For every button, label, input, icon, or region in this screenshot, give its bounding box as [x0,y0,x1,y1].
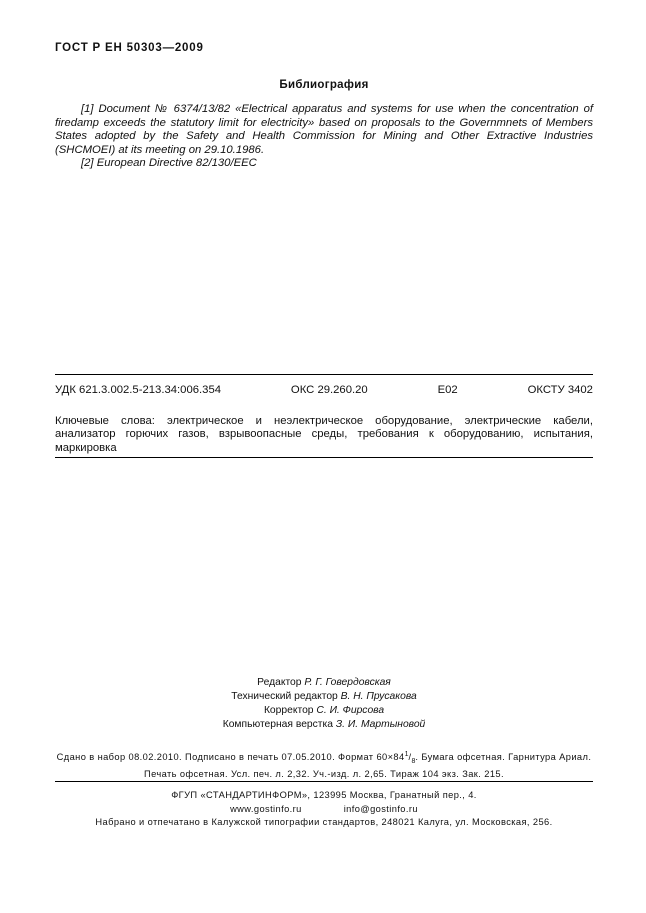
imprint-line-2: Печать офсетная. Усл. печ. л. 2,32. Уч.-… [35,768,613,782]
bibliography-section: [1] Document № 6374/13/82 «Electrical ap… [55,103,593,171]
imprint-line1-tail: . Бумага офсетная. Гарнитура Ариал. [415,752,591,762]
page-title: Библиография [55,79,593,91]
credit-line-technical-editor: Технический редактор В. Н. Прусакова [55,690,593,704]
credit-name: С. И. Фирсова [316,705,384,716]
credit-role: Корректор [264,705,314,716]
imprint-line1-text: Сдано в набор 08.02.2010. Подписано в пе… [57,752,405,762]
publisher-email: info@gostinfo.ru [344,804,418,814]
publisher-website: www.gostinfo.ru [230,804,302,814]
bibliography-entry-2: [2] European Directive 82/130/EEC [55,157,593,171]
publisher-address: ФГУП «СТАНДАРТИНФОРМ», 123995 Москва, Гр… [35,789,613,803]
credit-role: Компьютерная верстка [223,719,333,730]
publisher-contacts: www.gostinfo.ruinfo@gostinfo.ru [35,803,613,817]
horizontal-rule-top [55,374,593,375]
publisher-block: ФГУП «СТАНДАРТИНФОРМ», 123995 Москва, Гр… [35,789,613,830]
horizontal-rule-bottom [55,781,593,782]
oks-code: ОКС 29.260.20 [291,384,368,396]
okstu-code: ОКСТУ 3402 [528,384,593,396]
group-code: Е02 [438,384,458,396]
credit-name: В. Н. Прусакова [341,691,417,702]
udk-code: УДК 621.3.002.5-213.34:006.354 [55,384,221,396]
credit-line-layout: Компьютерная верстка З. И. Мартыновой [55,718,593,732]
doc-number-header: ГОСТ Р ЕН 50303—2009 [55,42,204,54]
document-page: ГОСТ Р ЕН 50303—2009 Библиография [1] Do… [0,0,646,913]
credits-block: Редактор Р. Г. Говердовская Технический … [55,676,593,732]
imprint-line-1: Сдано в набор 08.02.2010. Подписано в пе… [35,748,613,768]
credit-name: З. И. Мартыновой [336,719,425,730]
credit-line-editor: Редактор Р. Г. Говердовская [55,676,593,690]
imprint-block: Сдано в набор 08.02.2010. Подписано в пе… [35,748,613,782]
credit-name: Р. Г. Говердовская [304,677,390,688]
credit-role: Редактор [257,677,301,688]
bibliography-entry-1: [1] Document № 6374/13/82 «Electrical ap… [55,103,593,157]
credit-line-corrector: Корректор С. И. Фирсова [55,704,593,718]
credit-role: Технический редактор [231,691,338,702]
classification-codes-row: УДК 621.3.002.5-213.34:006.354 ОКС 29.26… [55,384,593,396]
printing-house-line: Набрано и отпечатано в Калужской типогра… [35,816,613,830]
keywords-paragraph: Ключевые слова: электрическое и неэлектр… [55,415,593,455]
horizontal-rule-middle [55,457,593,458]
